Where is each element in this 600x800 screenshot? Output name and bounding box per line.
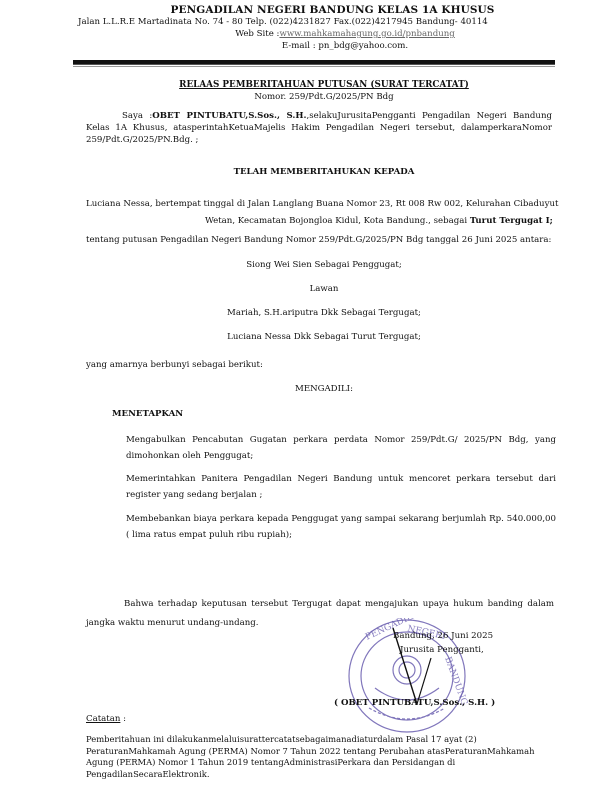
recipient-role: Turut Tergugat I; [470,216,553,226]
recipient-address-tail: Wetan, Kecamatan Bojongloa Kidul, Kota B… [205,216,470,226]
ruling-item: Mengabulkan Pencabutan Gugatan perkara p… [126,432,556,464]
institution-website: Web Site :www.mahkamahagung.go.id/pnband… [0,29,600,39]
regarding-line: tentang putusan Pengadilan Negeri Bandun… [86,235,551,245]
ruling-heading: MENETAPKAN [112,409,183,419]
footnote-line: PeraturanMahkamah Agung (PERMA) Nomor 7 … [86,746,566,758]
letterhead-divider-thin [73,66,555,67]
footnote-line: Pemberitahuan ini dilakukanmelaluisuratt… [86,734,566,746]
website-link[interactable]: www.mahkamahagung.go.id/pnbandung [279,29,454,39]
recipient-line-2: Wetan, Kecamatan Bojongloa Kidul, Kota B… [205,216,553,226]
party-plaintiff: Siong Wei Sien Sebagai Penggugat; [0,260,600,270]
party-defendant: Mariah, S.H.ariputra Dkk Sebagai Terguga… [0,308,600,318]
intro-paragraph: Saya :OBET PINTUBATU,S.Sos., S.H.,selaku… [86,110,552,146]
website-label: Web Site : [235,29,279,39]
verdict-intro: yang amarnya berbunyi sebagai berikut: [86,360,263,370]
notified-heading: TELAH MEMBERITAHUKAN KEPADA [0,167,600,177]
institution-name: PENGADILAN NEGERI BANDUNG KELAS 1A KHUSU… [0,4,600,16]
document-title: RELAAS PEMBERITAHUAN PUTUSAN (SURAT TERC… [0,80,600,90]
footnote-label-text: Catatan [86,714,120,724]
signature-place-date: Bandung, 26 Juni 2025 [393,631,493,641]
letterhead-divider [73,60,555,65]
party-co-defendant: Luciana Nessa Dkk Sebagai Turut Tergugat… [0,332,600,342]
footnote-label: Catatan : [86,714,126,724]
party-versus: Lawan [0,284,600,294]
footnote-line: Agung (PERMA) Nomor 1 Tahun 2019 tentang… [86,757,566,769]
verdict-heading: MENGADILI: [0,384,600,394]
footnote-text: Pemberitahuan ini dilakukanmelaluisuratt… [86,734,566,780]
intro-prefix: Saya : [122,111,152,121]
officer-name: OBET PINTUBATU,S.Sos., S.H. [152,111,306,121]
ruling-item: Memerintahkan Panitera Pengadilan Negeri… [126,471,556,503]
ruling-item: Membebankan biaya perkara kepada Penggug… [126,511,556,543]
institution-email: E-mail : pn_bdg@yahoo.com. [0,41,600,51]
institution-address: Jalan L.L.R.E Martadinata No. 74 - 80 Te… [78,17,488,27]
footnote-label-suffix: : [120,714,126,724]
document-page: PENGADILAN NEGERI BANDUNG KELAS 1A KHUSU… [0,0,600,800]
signature-name: ( OBET PINTUBATU,S.Sos., S.H. ) [334,698,495,708]
document-number: Nomor. 259/Pdt.G/2025/PN Bdg [0,92,600,102]
footnote-line: PengadilanSecaraElektronik. [86,769,566,781]
signature-role: Jurusita Pengganti, [400,645,484,655]
recipient-line-1: Luciana Nessa, bertempat tinggal di Jala… [86,199,558,209]
